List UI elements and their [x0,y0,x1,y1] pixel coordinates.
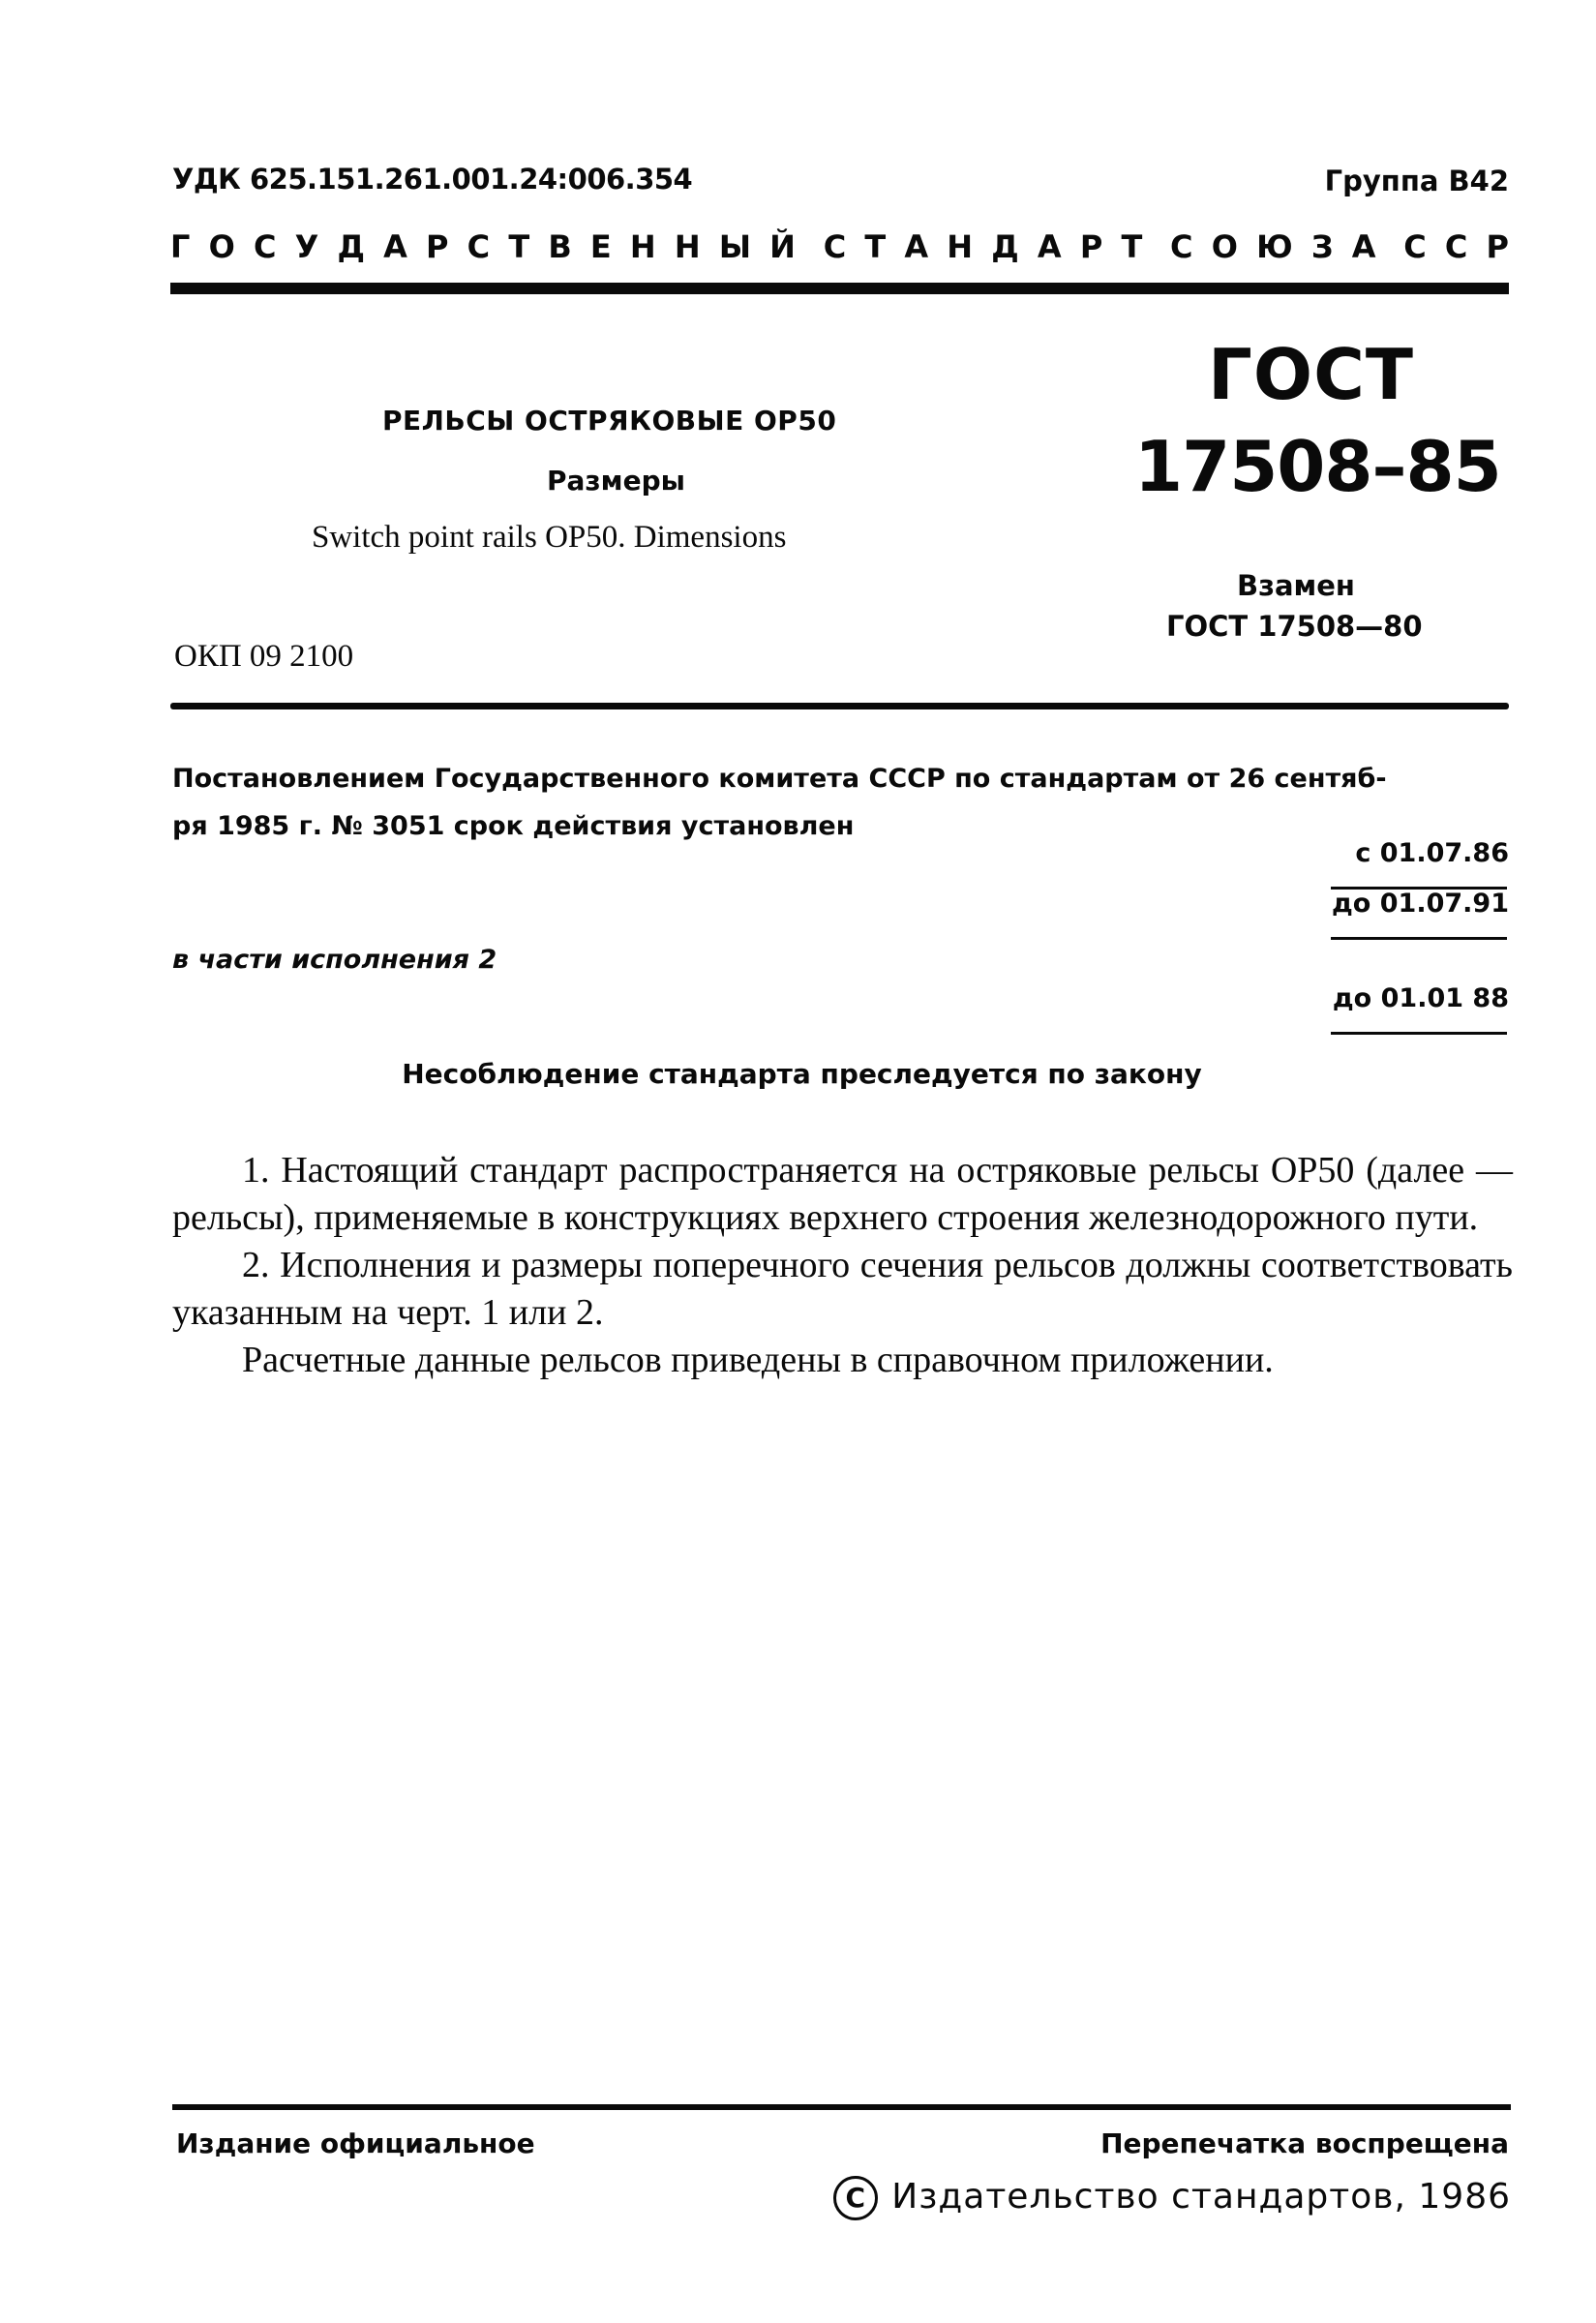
reprint-notice: Перепечатка воспрещена [1100,2127,1509,2159]
replaces-value: ГОСТ 17508—80 [1166,610,1423,643]
document-title: РЕЛЬСЫ ОСТРЯКОВЫЕ ОР50 [382,405,836,437]
decree-line: ря 1985 г. № 3051 срок действия установл… [172,802,1513,850]
edition-label: Издание официальное [176,2127,535,2159]
state-standard-banner: Г О С У Д А Р С Т В Е Н Н Ы Й С Т А Н Д … [170,228,1509,265]
body-text: 1. Настоящий стандарт распространяется н… [172,1147,1513,1384]
paragraph: 1. Настоящий стандарт распространяется н… [172,1147,1513,1242]
copyright-line: CИздательство стандартов, 1986 [833,2176,1511,2220]
document-subtitle: Размеры [547,465,685,497]
part-label: в части исполнения 2 [172,945,497,975]
gost-label: ГОСТ [1208,334,1414,415]
okp-code: ОКП 09 2100 [174,639,353,675]
decree-line: Постановлением Государственного комитета… [172,755,1513,802]
validity-to: до 01.07.91 [1332,889,1509,919]
decree-text: Постановлением Государственного комитета… [172,755,1513,850]
replaces-label: Взамен [1237,569,1355,602]
banner-word: С О Ю З А [1170,228,1375,265]
document-title-english: Switch point rails OP50. Dimensions [312,520,786,556]
date-rule [1331,1032,1507,1035]
footer-rule [172,2104,1511,2110]
title-rule [170,703,1509,709]
paragraph: Расчетные данные рельсов приведены в спр… [172,1337,1513,1384]
publisher: Издательство стандартов, 1986 [891,2177,1511,2217]
banner-word: С С Р [1403,228,1509,265]
copyright-icon: C [833,2176,878,2220]
group-code: Группа В42 [1325,165,1509,197]
header-rule [170,283,1509,294]
paragraph: 2. Исполнения и размеры поперечного сече… [172,1242,1513,1337]
gost-number: 17508–85 [1134,426,1501,507]
part-validity-to: до 01.01 88 [1333,983,1509,1013]
law-notice: Несоблюдение стандарта преследуется по з… [0,1058,1596,1090]
banner-word: Г О С У Д А Р С Т В Е Н Н Ы Й [170,228,796,265]
banner-word: С Т А Н Д А Р Т [824,228,1143,265]
validity-from: с 01.07.86 [1355,838,1509,868]
udk-code: УДК 625.151.261.001.24:006.354 [172,163,692,196]
date-rule [1331,937,1507,940]
